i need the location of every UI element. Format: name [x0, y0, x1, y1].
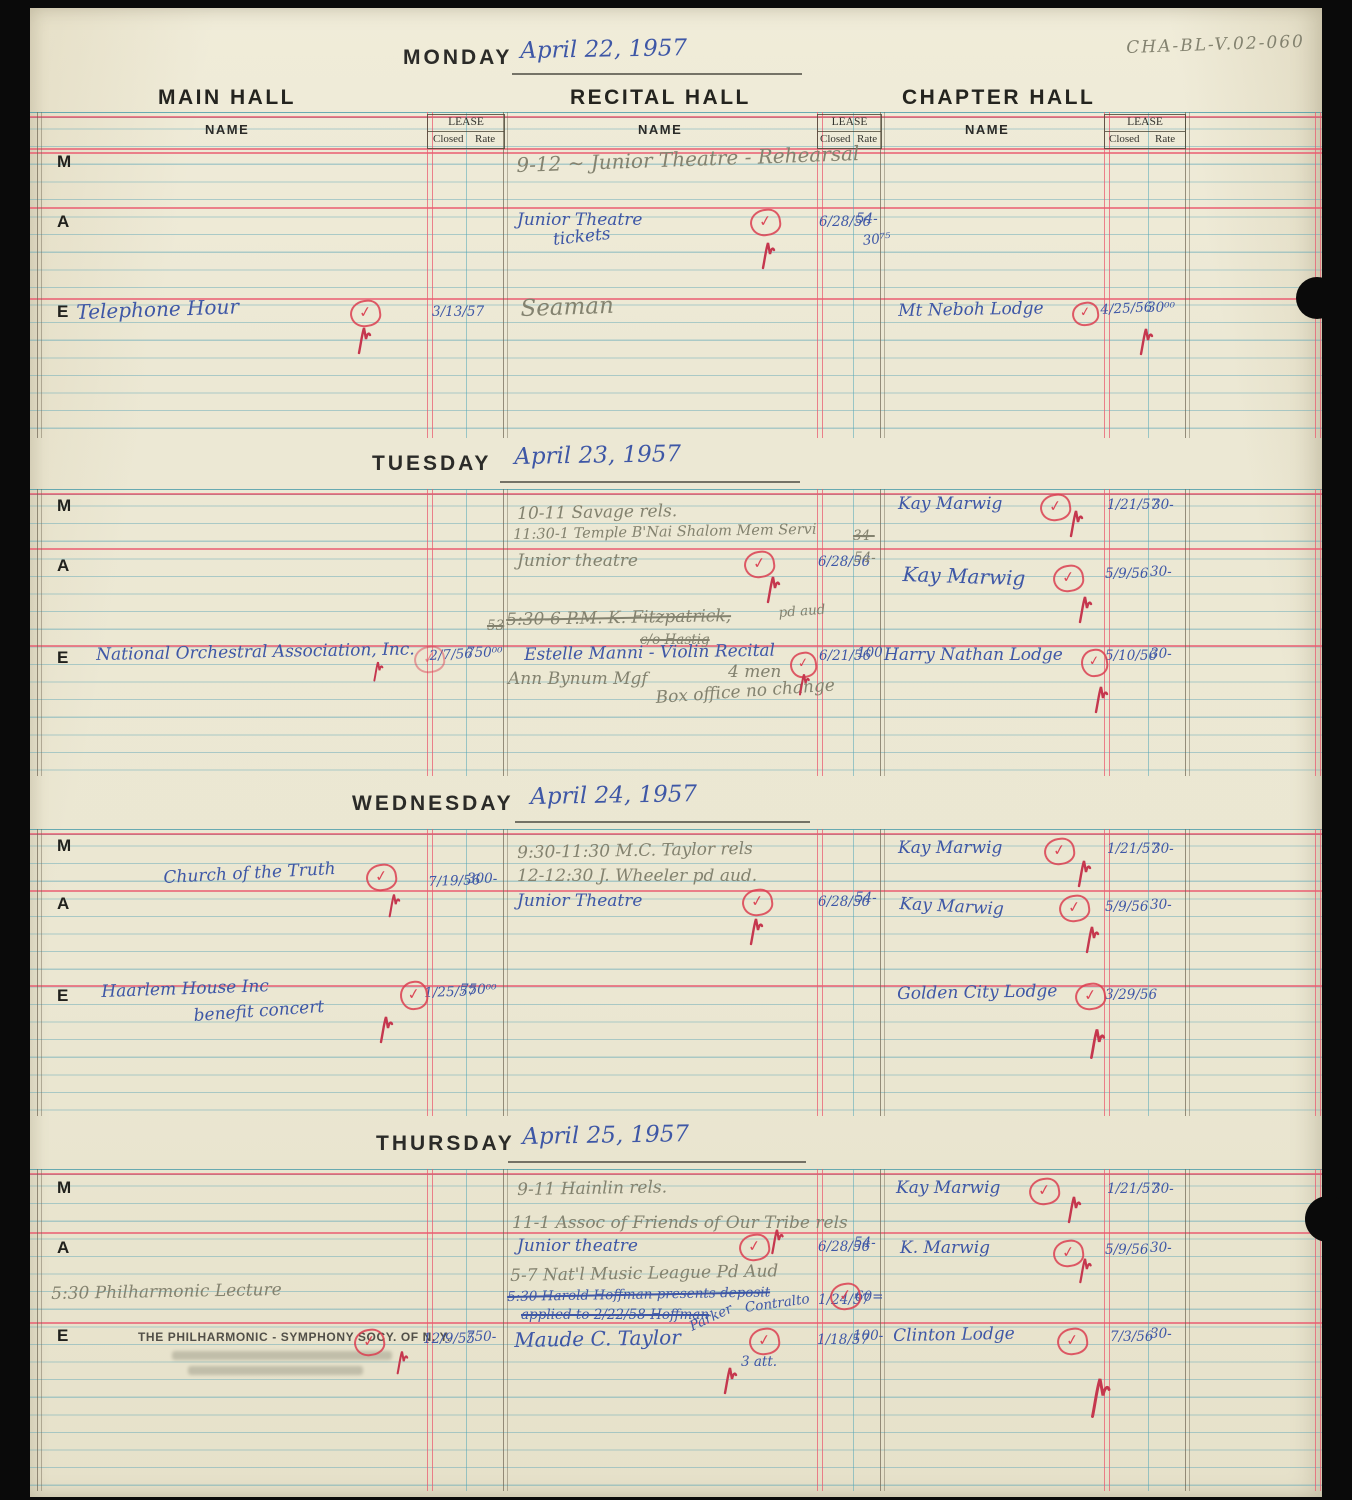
day-label-monday: MONDAY	[403, 46, 512, 70]
lease-rate: 54-	[855, 890, 877, 906]
column-rule	[1185, 1169, 1190, 1491]
column-rule	[466, 112, 467, 438]
day-date-monday: April 22, 1957	[520, 35, 687, 64]
row-label-morning: M	[57, 1178, 71, 1198]
booking-entry: Seaman	[520, 293, 614, 322]
name-column-header: NAME	[638, 122, 682, 137]
row-rule	[30, 207, 1322, 209]
lease-rate: 100	[857, 645, 883, 661]
booking-entry: 9-11 Hainlin rels.	[517, 1177, 667, 1200]
column-rule	[1104, 489, 1110, 776]
lease-closed-date: 4/25/56	[1100, 299, 1153, 318]
row-label-afternoon: A	[57, 212, 69, 232]
column-rule	[503, 1169, 508, 1491]
red-tick-icon	[372, 660, 384, 682]
date-underline	[500, 481, 800, 483]
column-rule	[853, 829, 854, 1116]
lease-header-label: LEASE	[818, 116, 881, 128]
booking-entry: Junior theatre	[517, 551, 638, 571]
column-rule	[880, 829, 885, 1116]
row-label-evening: E	[57, 302, 68, 322]
booking-entry: 11-1 Assoc of Friends of Our Tribe rels	[512, 1213, 848, 1233]
lease-closed-date: 3/29/56	[1105, 987, 1157, 1003]
name-column-header: NAME	[965, 122, 1009, 137]
column-rule	[1315, 829, 1321, 1116]
column-rule	[1148, 829, 1149, 1116]
hall-title-main: MAIN HALL	[158, 86, 296, 110]
lease-rate: 100-	[853, 1328, 883, 1344]
column-rule	[503, 829, 508, 1116]
booking-entry: Clinton Lodge	[893, 1324, 1015, 1346]
red-tick-icon	[765, 574, 781, 604]
row-rule	[30, 1173, 1322, 1175]
booking-entry: Harry Nathan Lodge	[884, 645, 1063, 665]
column-rule	[1185, 112, 1190, 438]
lease-rate: 30-	[1150, 897, 1172, 913]
column-rule	[880, 112, 885, 438]
philharmonic-stamp: THE PHILHARMONIC - SYMPHONY SOCY. OF N. …	[138, 1330, 451, 1344]
cancelled-entry: 5:30-6 P.M. K. Fitzpatrick,	[506, 606, 731, 630]
lease-rate: 30-	[1150, 1326, 1172, 1342]
red-tick-icon	[1088, 1024, 1106, 1062]
booking-entry: Kay Marwig	[898, 494, 1002, 514]
column-rule	[1148, 489, 1149, 776]
red-tick-icon	[1084, 924, 1100, 954]
booking-entry: 10-11 Savage rels.	[517, 501, 677, 524]
lease-rate: 54-	[856, 211, 878, 227]
column-rule	[817, 489, 823, 776]
lease-rate: 30-	[1150, 646, 1172, 662]
red-tick-icon	[1066, 1194, 1082, 1224]
lease-closed-date: 3/13/57	[432, 304, 484, 320]
booking-entry: K. Marwig	[900, 1238, 990, 1258]
row-label-afternoon: A	[57, 1238, 69, 1258]
hole-punch-stem	[1326, 288, 1352, 306]
red-tick-icon	[760, 240, 776, 270]
column-rule	[37, 112, 42, 438]
day-date-thursday: April 25, 1957	[522, 1121, 689, 1150]
lease-rate: 30-	[1152, 497, 1174, 513]
row-rule	[30, 548, 1322, 550]
lease-rate: 30⁷⁵	[862, 230, 892, 249]
lease-rate: 54-	[854, 1235, 876, 1251]
column-rule	[427, 829, 433, 1116]
red-tick-icon	[356, 325, 372, 355]
scratched-note: 53	[487, 618, 504, 634]
red-tick-icon	[1093, 684, 1109, 714]
rate-column-header: Rate	[1155, 133, 1175, 145]
column-rule	[37, 1169, 42, 1491]
red-tick-icon	[1077, 594, 1093, 624]
hall-title-recital: RECITAL HALL	[570, 86, 751, 110]
day-label-wednesday: WEDNESDAY	[352, 792, 514, 816]
lease-header-label: LEASE	[428, 116, 504, 128]
row-label-afternoon: A	[57, 556, 69, 576]
lease-header-divider	[818, 131, 881, 132]
row-rule	[30, 833, 1322, 835]
closed-column-header: Closed	[1109, 133, 1140, 145]
date-underline	[512, 73, 802, 75]
red-tick-icon	[722, 1364, 738, 1396]
red-tick-icon	[748, 916, 764, 946]
date-underline	[508, 1161, 806, 1163]
column-rule	[1185, 829, 1190, 1116]
red-tick-icon	[1077, 1256, 1093, 1284]
lease-rate: 30-	[1152, 841, 1174, 857]
red-tick-icon	[378, 1014, 394, 1044]
red-tick-icon	[1138, 326, 1154, 356]
column-rule	[1185, 489, 1190, 776]
lease-rate: 750⁰⁰	[466, 645, 503, 661]
booking-entry: 9:30-11:30 M.C. Taylor rels	[517, 839, 753, 863]
column-rule	[1315, 489, 1321, 776]
rate-column-header: Rate	[475, 133, 495, 145]
row-label-morning: M	[57, 836, 71, 856]
lease-rate: 750-	[466, 1329, 496, 1345]
column-rule	[37, 489, 42, 776]
row-label-evening: E	[57, 1326, 68, 1346]
day-date-wednesday: April 24, 1957	[530, 781, 697, 810]
booking-entry: Kay Marwig	[896, 1178, 1000, 1198]
column-rule	[466, 489, 467, 776]
red-tick-icon	[394, 1349, 410, 1375]
lease-header-box: LEASE Closed Rate	[1104, 114, 1186, 149]
rate-column-header: Rate	[857, 133, 877, 145]
lease-closed-date: 7/3/56	[1110, 1329, 1153, 1345]
lease-header-divider	[1105, 131, 1185, 132]
lease-closed-date: 5/9/56	[1105, 899, 1148, 915]
red-tick-icon	[1088, 1366, 1112, 1428]
column-rule	[1104, 829, 1110, 1116]
row-label-evening: E	[57, 648, 68, 668]
day-label-thursday: THURSDAY	[376, 1132, 515, 1156]
cancelled-entry: applied to 2/22/58 Hoffman	[521, 1307, 709, 1323]
red-tick-icon	[1068, 508, 1084, 538]
column-rule	[37, 829, 42, 1116]
booking-note: 3 att.	[741, 1354, 777, 1370]
lease-header-divider	[428, 131, 504, 132]
hole-punch-stem	[1330, 1208, 1352, 1230]
booking-note: pd aud	[778, 602, 826, 621]
column-rule	[1148, 112, 1149, 438]
lease-header-label: LEASE	[1105, 116, 1185, 128]
booking-note: Ann Bynum Mgf	[508, 669, 648, 689]
red-tick-icon	[769, 1227, 785, 1255]
day-label-tuesday: TUESDAY	[372, 452, 491, 476]
red-tick-icon	[386, 892, 402, 918]
lease-rate: 300-	[467, 871, 497, 887]
row-rule	[30, 890, 1322, 892]
booking-entry: Golden City Lodge	[897, 981, 1058, 1004]
name-column-header: NAME	[205, 122, 249, 137]
lease-header-box: LEASE Closed Rate	[427, 114, 505, 149]
lease-rate: 30-	[1150, 1240, 1172, 1256]
lease-rate: 30-	[1152, 1181, 1174, 1197]
date-underline	[515, 821, 810, 823]
day-date-tuesday: April 23, 1957	[514, 441, 681, 470]
ledger-scan-page: CHA-BL-V.02-060 MONDAY April 22, 1957 TU…	[0, 0, 1352, 1500]
column-rule	[817, 829, 823, 1116]
lease-rate: 34-	[853, 528, 875, 544]
row-label-evening: E	[57, 986, 68, 1006]
closed-column-header: Closed	[433, 133, 464, 145]
booking-entry: Junior Theatre	[517, 891, 642, 911]
column-rule	[1104, 112, 1110, 438]
column-rule	[427, 112, 433, 438]
red-tick-icon	[1076, 858, 1092, 888]
booking-entry: Mt Neboh Lodge	[898, 298, 1044, 321]
column-rule	[503, 112, 508, 438]
stamp-smudge	[188, 1366, 363, 1375]
row-label-afternoon: A	[57, 894, 69, 914]
booking-entry: Kay Marwig	[902, 562, 1026, 590]
lease-closed-date: 5/9/56	[1105, 1242, 1148, 1258]
column-rule	[1315, 112, 1321, 438]
booking-entry: Maude C. Taylor	[514, 1325, 681, 1352]
column-rule	[427, 489, 433, 776]
lease-closed-date: 5/9/56	[1105, 566, 1148, 582]
row-label-morning: M	[57, 152, 71, 172]
column-rule	[880, 489, 885, 776]
lease-rate: 750⁰⁰	[460, 982, 497, 998]
lease-rate: 30-	[1150, 564, 1172, 580]
booking-entry: 5:30 Philharmonic Lecture	[51, 1280, 282, 1304]
red-tick-icon	[797, 672, 811, 696]
row-rule	[30, 493, 1322, 495]
lease-rate: 30⁰⁰	[1147, 300, 1175, 316]
booking-entry: Junior theatre	[517, 1236, 638, 1256]
lease-rate: 54-	[854, 550, 876, 566]
booking-entry: Kay Marwig	[898, 838, 1002, 858]
row-label-morning: M	[57, 496, 71, 516]
booking-entry: 12-12:30 J. Wheeler pd aud.	[517, 866, 757, 886]
hall-title-chapter: CHAPTER HALL	[902, 86, 1095, 110]
